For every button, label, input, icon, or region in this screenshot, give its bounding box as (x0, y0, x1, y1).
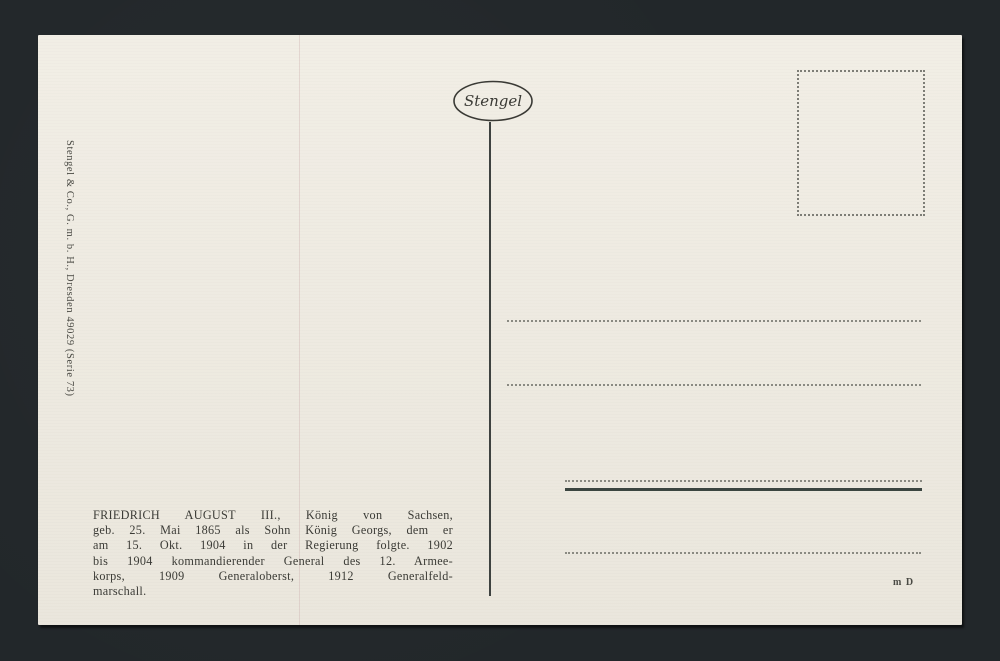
address-line-2 (507, 384, 921, 386)
logo-oval-icon: Stengel (452, 79, 536, 123)
caption-line: bis 1904 kommandierender General des 12.… (93, 554, 453, 569)
address-solid-rule (565, 488, 922, 491)
address-line-4 (565, 552, 921, 554)
caption-line: am 15. Okt. 1904 in der Regierung folgte… (93, 538, 453, 553)
address-line-3 (565, 480, 922, 482)
stengel-logo: Stengel (452, 79, 536, 123)
caption-line: korps, 1909 Generaloberst, 1912 Generalf… (93, 569, 453, 584)
caption-line: geb. 25. Mai 1865 als Sohn König Georgs,… (93, 523, 453, 538)
stamp-placeholder-box (797, 70, 925, 216)
caption-line: marschall. (93, 584, 453, 599)
vertical-divider (489, 122, 491, 596)
logo-text: Stengel (464, 92, 522, 110)
caption-line: FRIEDRICH AUGUST III., König von Sachsen… (93, 508, 453, 523)
caption-text: FRIEDRICH AUGUST III., König von Sachsen… (93, 508, 453, 599)
publisher-imprint: Stengel & Co., G. m. b. H., Dresden 4902… (61, 140, 75, 500)
maker-mark: m D (893, 577, 914, 588)
postcard-back: Stengel & Co., G. m. b. H., Dresden 4902… (38, 35, 962, 625)
address-line-1 (507, 320, 921, 322)
